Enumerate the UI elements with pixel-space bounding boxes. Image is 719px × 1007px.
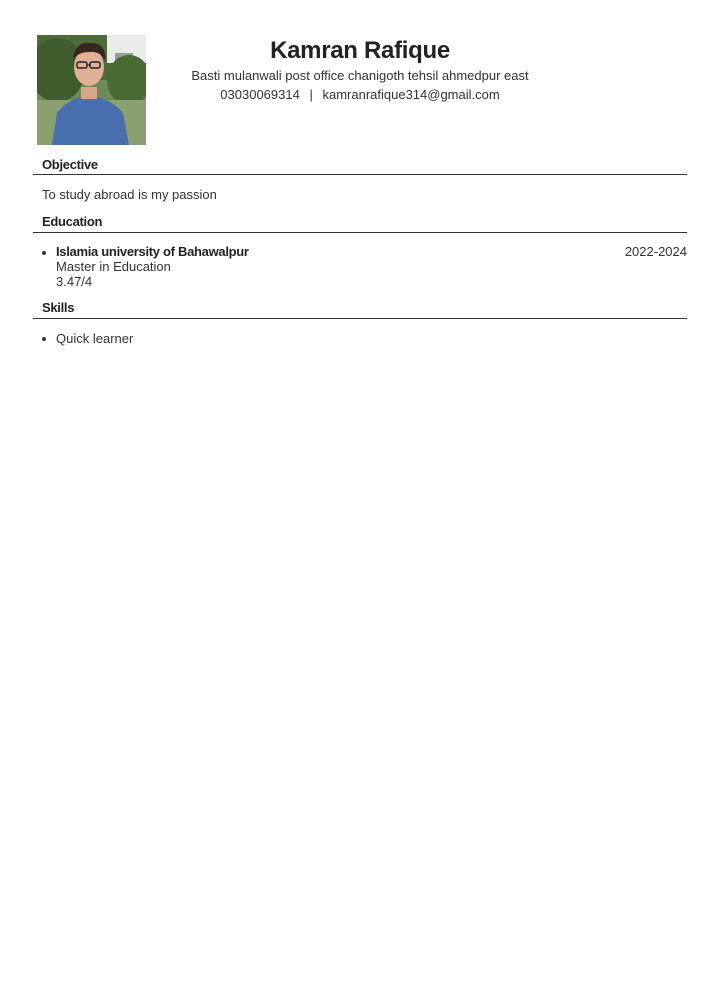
education-grade: 3.47/4 [56,274,92,289]
skills-heading: Skills [42,300,74,315]
contact-separator: | [309,87,312,102]
education-institution: Islamia university of Bahawalpur [56,244,249,259]
education-dates: 2022-2024 [625,244,687,259]
candidate-name: Kamran Rafique [160,36,560,66]
skill-item: Quick learner [56,331,133,346]
bullet-icon [42,337,46,341]
phone-number: 03030069314 [220,87,300,102]
education-degree: Master in Education [56,259,171,274]
person-photo-icon [37,35,146,145]
profile-photo [37,35,146,145]
skills-divider [33,318,687,319]
education-divider [33,232,687,233]
objective-divider [33,174,687,175]
education-heading: Education [42,214,102,229]
resume-header: Kamran Rafique Basti mulanwali post offi… [160,36,560,104]
objective-text: To study abroad is my passion [42,187,217,202]
email-address: kamranrafique314@gmail.com [322,87,499,102]
address: Basti mulanwali post office chanigoth te… [160,66,560,85]
contact-info: 03030069314 | kamranrafique314@gmail.com [160,85,560,104]
bullet-icon [42,251,46,255]
objective-heading: Objective [42,157,98,172]
